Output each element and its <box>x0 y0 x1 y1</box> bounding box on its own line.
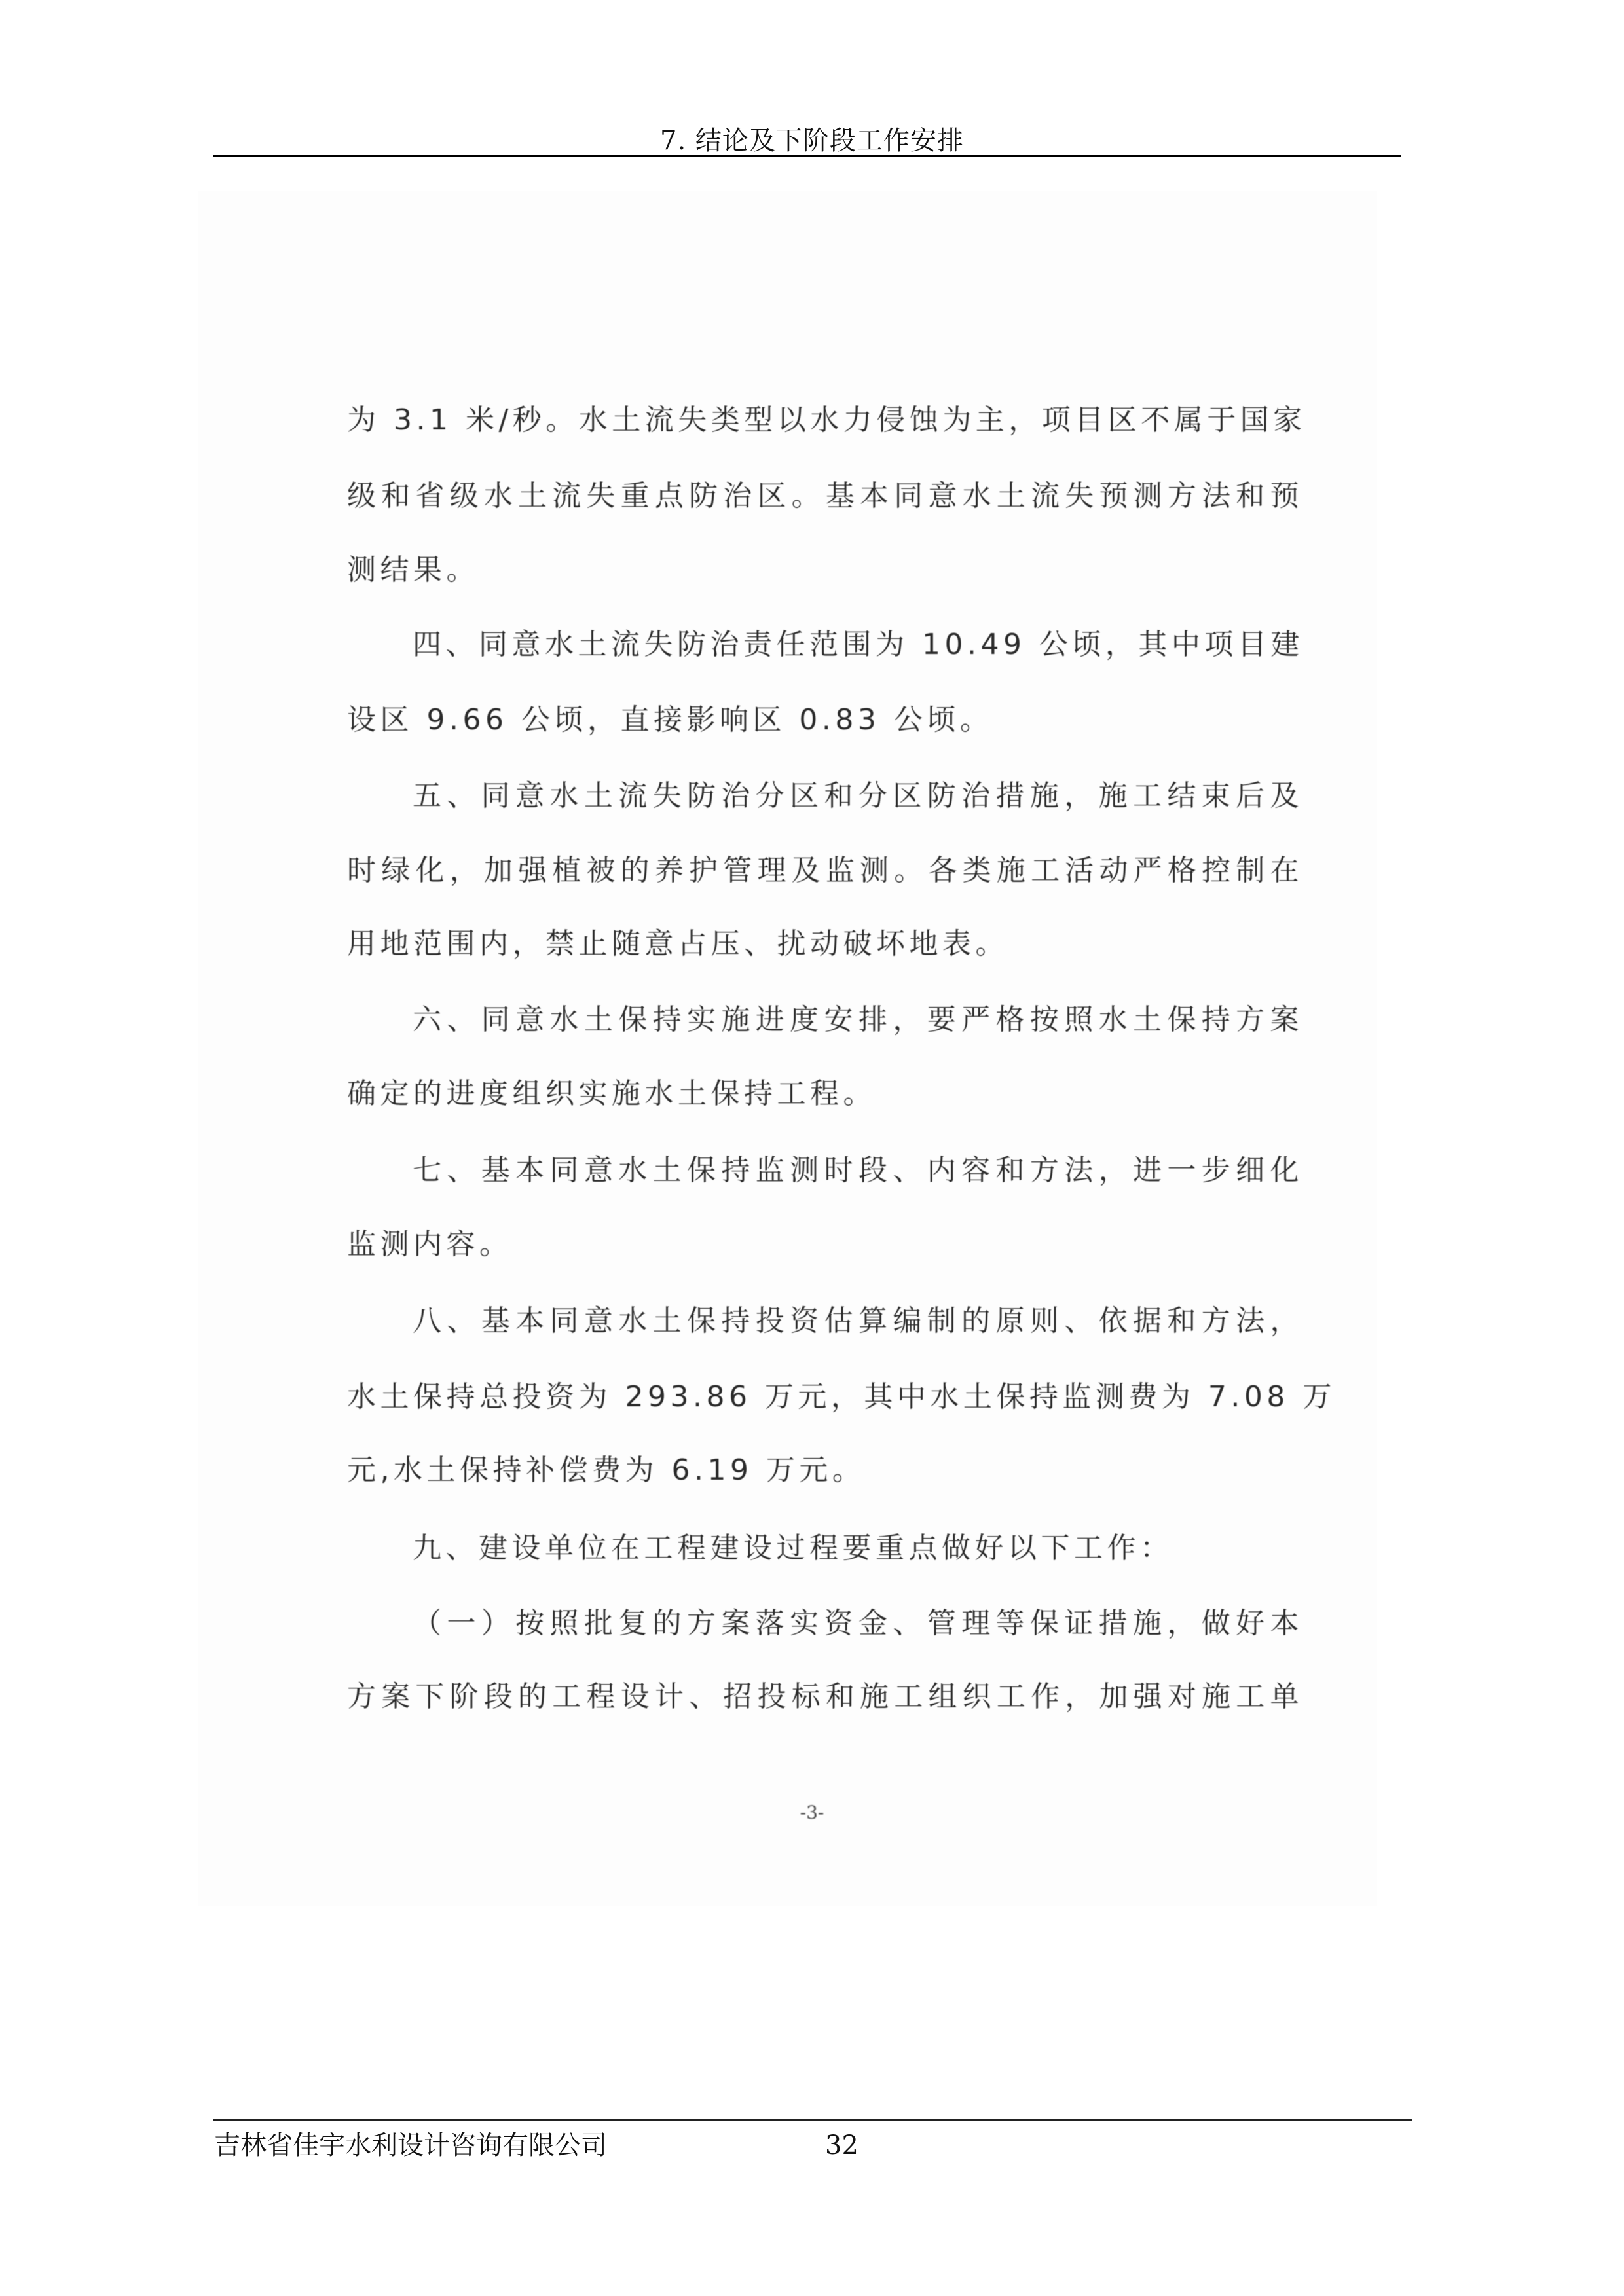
body-text-line: 时绿化，加强植被的养护管理及监测。各类施工活动严格控制在 <box>347 852 1303 889</box>
body-text-line: 确定的进度组织实施水土保持工程。 <box>347 1076 1303 1112</box>
scanned-page-number: -3- <box>0 1802 1624 1823</box>
running-header-title: 7. 结论及下阶段工作安排 <box>0 124 1624 157</box>
body-text-line: 用地范围内，禁止随意占压、扰动破坏地表。 <box>347 926 1303 962</box>
body-text-line: 五、同意水土流失防治分区和分区防治措施，施工结束后及 <box>347 778 1303 814</box>
scanned-document-page <box>198 191 1377 1906</box>
body-text-line: （一）按照批复的方案落实资金、管理等保证措施，做好本 <box>347 1605 1303 1642</box>
header-divider <box>213 155 1401 157</box>
footer-divider <box>213 2119 1412 2121</box>
body-text-line: 测结果。 <box>347 552 1303 589</box>
body-text-line: 八、基本同意水土保持投资估算编制的原则、依据和方法， <box>347 1303 1303 1339</box>
body-text-line: 级和省级水土流失重点防治区。基本同意水土流失预测方法和预 <box>347 478 1303 515</box>
body-text-line: 为 3.1 米/秒。水土流失类型以水力侵蚀为主，项目区不属于国家 <box>347 402 1303 439</box>
body-text-line: 水土保持总投资为 293.86 万元，其中水土保持监测费为 7.08 万 <box>347 1379 1303 1415</box>
body-text-line: 方案下阶段的工程设计、招投标和施工组织工作，加强对施工单 <box>347 1679 1303 1715</box>
body-text-line: 六、同意水土保持实施进度安排，要严格按照水土保持方案 <box>347 1002 1303 1038</box>
body-text-line: 七、基本同意水土保持监测时段、内容和方法，进一步细化 <box>347 1152 1303 1189</box>
body-text-line: 九、建设单位在工程建设过程要重点做好以下工作： <box>347 1530 1303 1567</box>
body-text-line: 监测内容。 <box>347 1226 1303 1263</box>
body-text-line: 元,水土保持补偿费为 6.19 万元。 <box>347 1452 1303 1489</box>
footer-company-name: 吉林省佳宇水利设计咨询有限公司 <box>214 2129 607 2162</box>
body-text-line: 设区 9.66 公顷，直接影响区 0.83 公顷。 <box>347 702 1303 738</box>
body-text-line: 四、同意水土流失防治责任范围为 10.49 公顷，其中项目建 <box>347 627 1303 663</box>
footer-page-number: 32 <box>825 2129 858 2162</box>
